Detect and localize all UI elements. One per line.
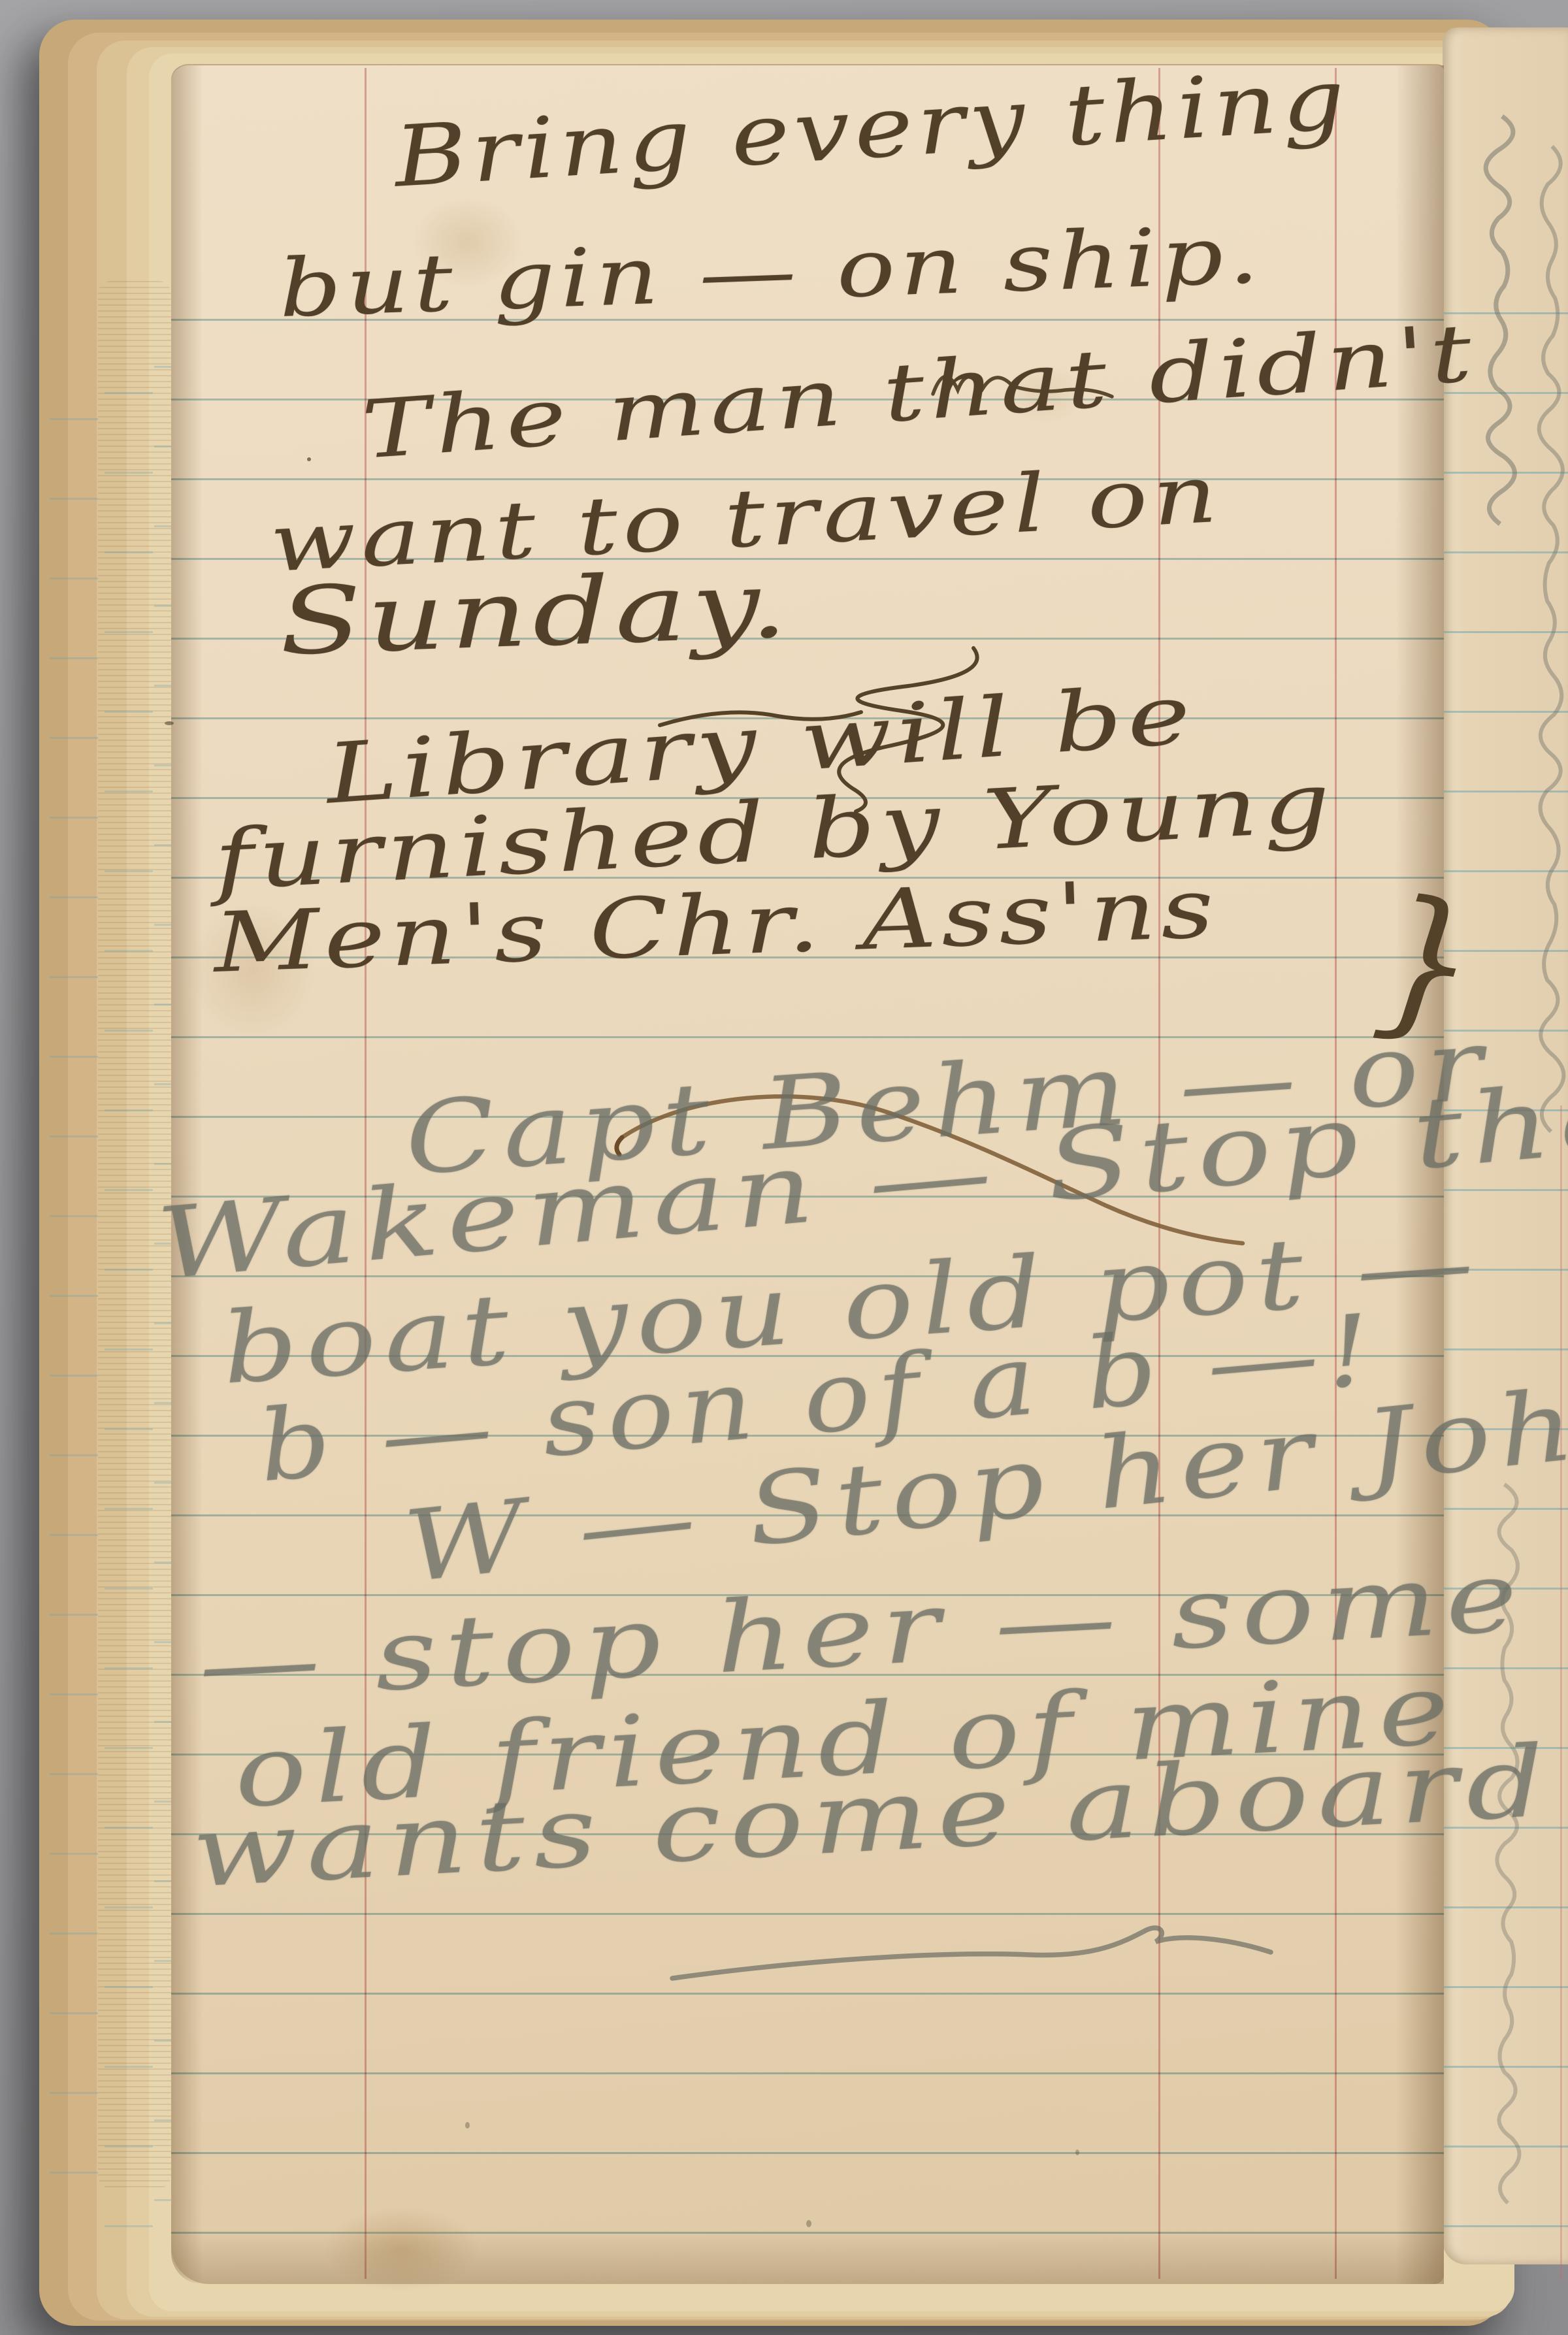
page-edge-rule-marks <box>50 418 98 2215</box>
ink-speck <box>307 457 311 461</box>
ink-speck <box>806 2220 811 2227</box>
ink-line-5: Sunday. <box>278 556 794 671</box>
ink-speck <box>465 2122 470 2129</box>
ink-speck <box>165 721 174 725</box>
pencil-flourish-separator <box>663 1914 1290 1999</box>
page-edge-rule-marks <box>105 392 153 2234</box>
notebook-scan: Bring every thing but gin — on ship. The… <box>0 0 1568 2335</box>
ink-speck <box>1075 2149 1079 2155</box>
paper-stain <box>327 2208 477 2290</box>
